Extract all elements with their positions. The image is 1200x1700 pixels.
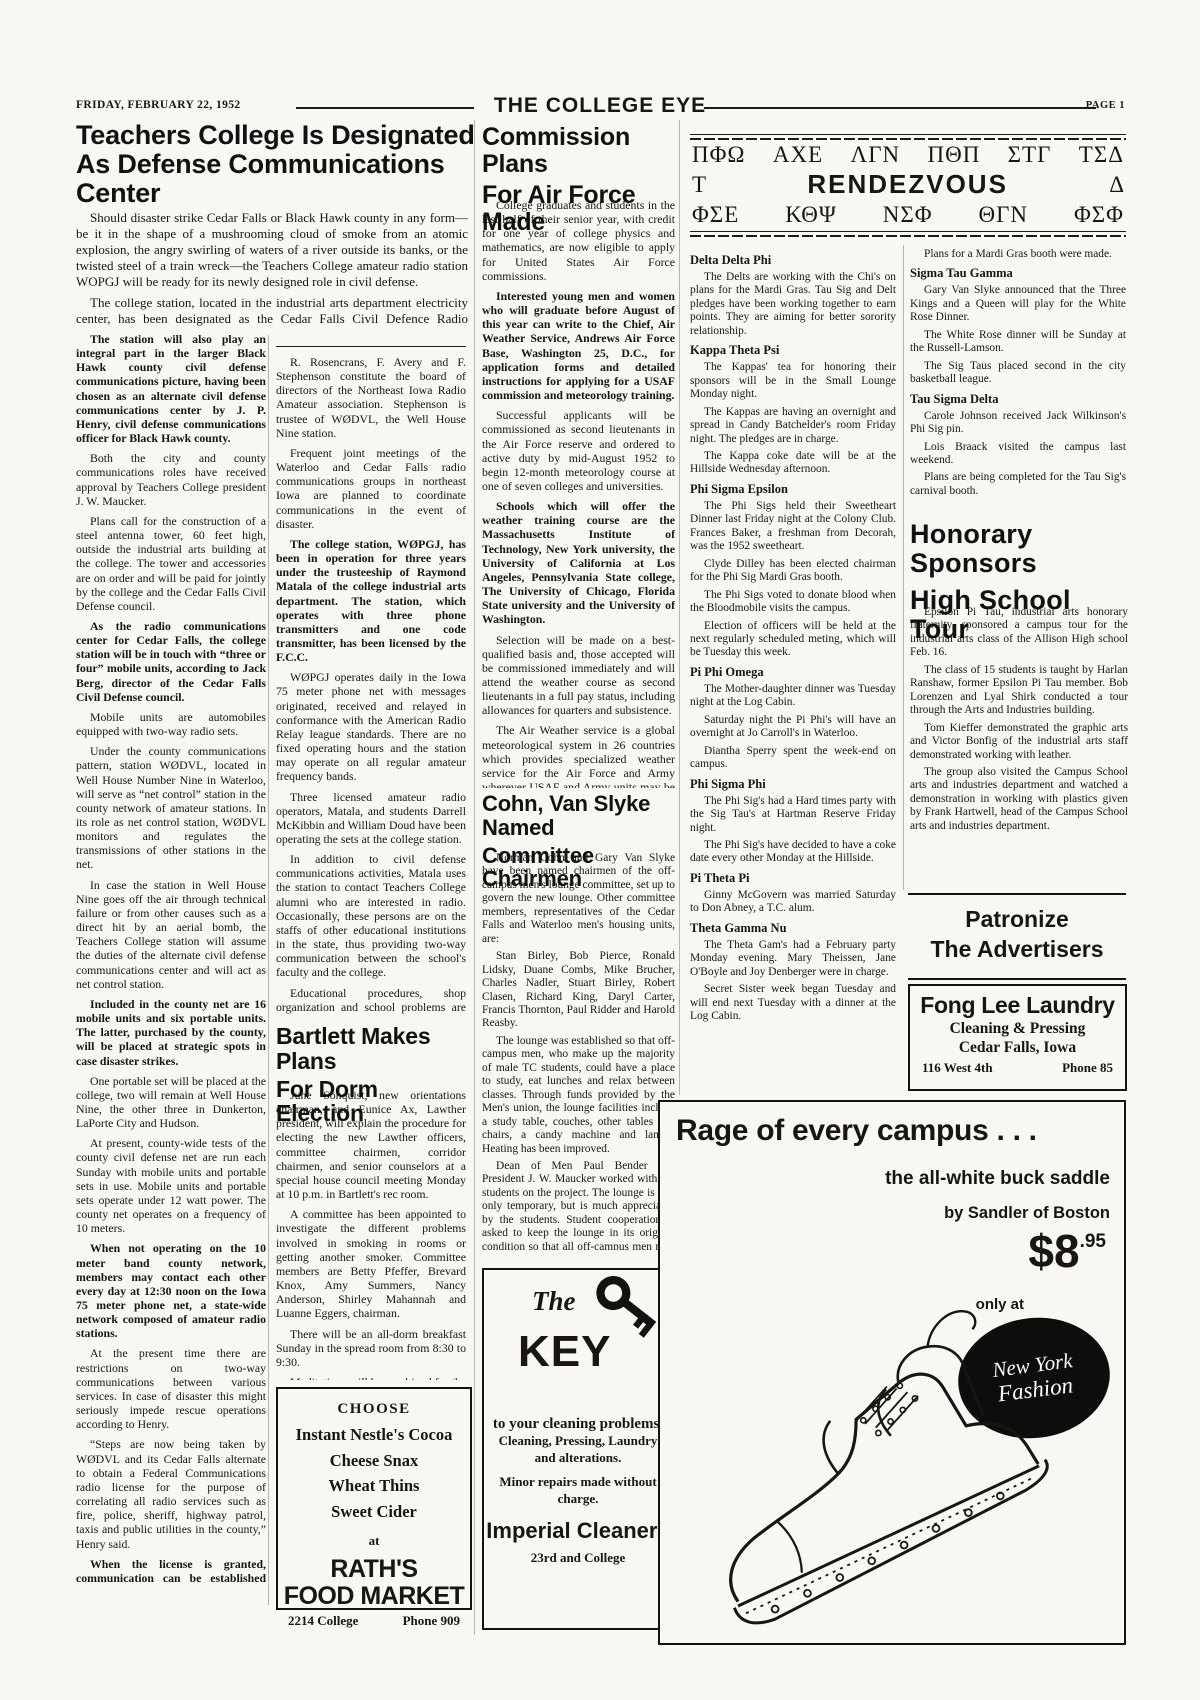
header-rule-right [704, 107, 1096, 109]
paragraph: Epsilon Pi Tau, industrial arts honorary… [910, 606, 1128, 660]
section-subhead: Phi Sigma Phi [690, 777, 896, 792]
paragraph: Secret Sister week began Tuesday and wil… [690, 983, 896, 1023]
ad-raths-food-market: CHOOSE Instant Nestle's CocoaCheese Snax… [276, 1387, 472, 1610]
ad-raths-at: at [278, 1533, 470, 1549]
paragraph: ΑΧΕ [773, 142, 823, 167]
paragraph: Lois Braack visited the campus last week… [910, 441, 1126, 468]
article-bartlett-body: June Sonquist, new orientations chairman… [276, 1088, 466, 1380]
ad-fong-name: Fong Lee Laundry [910, 992, 1125, 1019]
paragraph: Sweet Cider [278, 1499, 470, 1525]
ad-raths-items: Instant Nestle's CocoaCheese SnaxWheat T… [278, 1422, 470, 1524]
patronize-line: The Advertisers [908, 935, 1126, 965]
paragraph: Educational procedures, shop organizatio… [276, 986, 466, 1014]
paragraph: In addition to civil defense communicati… [276, 852, 466, 979]
paragraph: Schools which will offer the weather tra… [482, 499, 675, 626]
ad-key-word: KEY [518, 1332, 611, 1372]
paragraph: The Phi Sig's had a Hard times party wit… [690, 795, 896, 835]
paragraph: The Air Weather service is a global mete… [482, 723, 675, 788]
column-rule [679, 120, 680, 1095]
paragraph: The college station, located in the indu… [76, 295, 468, 328]
paragraph: Interested young men and women who will … [482, 289, 675, 402]
ad-raths-name-line: FOOD MARKET [278, 1583, 470, 1609]
ad-fong-line1: Cleaning & Pressing [910, 1019, 1125, 1038]
ornamental-rule [690, 231, 1126, 237]
ad-key-the: The [532, 1286, 576, 1317]
article-defense-headline: Teachers College Is Designated As Defens… [76, 121, 476, 208]
ad-fong-phone: Phone 85 [1062, 1060, 1113, 1076]
masthead-title: THE COLLEGE EYE [0, 94, 1200, 118]
paragraph: ΦΣΦ [1074, 202, 1124, 227]
ad-raths-name-line: RATH'S [278, 1556, 470, 1582]
paragraph: Election of officers will be held at the… [690, 620, 896, 660]
paragraph: The White Rose dinner will be Sunday at … [910, 329, 1126, 356]
headline-line: Bartlett Makes Plans [276, 1024, 471, 1074]
paragraph: Plans for a Mardi Gras booth were made. [910, 248, 1126, 261]
paragraph: R. Rosencrans, F. Avery and F. Stephenso… [276, 355, 466, 440]
newspaper-page: FRIDAY, FEBRUARY 22, 1952 THE COLLEGE EY… [0, 0, 1200, 1700]
section-subhead: Theta Gamma Nu [690, 921, 896, 936]
paragraph: ΠΘΠ [927, 142, 980, 167]
paragraph: Should disaster strike Cedar Falls or Bl… [76, 210, 468, 291]
paragraph: Plans call for the construction of a ste… [76, 514, 266, 613]
paragraph: The Sig Taus placed second in the city b… [910, 360, 1126, 387]
ad-key-line3b: charge. [484, 1491, 672, 1508]
paragraph: The Kappas are having an overnight and s… [690, 406, 896, 446]
paragraph: Saturday night the Pi Phi's will have an… [690, 714, 896, 741]
paragraph: Gary Van Slyke announced that the Three … [910, 284, 1126, 324]
rendezvous-col-left: Delta Delta PhiThe Delts are working wit… [690, 248, 896, 1098]
paragraph: A committee has been appointed to invest… [276, 1207, 466, 1320]
article-defense-col-a: The station will also play an integral p… [76, 332, 266, 1587]
headline-line: As Defense Communications Center [76, 150, 476, 208]
column-rule [474, 120, 475, 1635]
ad-key-line2b: and alterations. [484, 1450, 672, 1467]
paragraph: Frequent joint meetings of the Waterloo … [276, 446, 466, 531]
ad-fong-contact: 116 West 4th Phone 85 [910, 1058, 1125, 1076]
ad-key-line3a: Minor repairs made without [484, 1474, 672, 1491]
ad-key-line1: to your cleaning problems. [484, 1416, 672, 1433]
paragraph: Plans are being completed for the Tau Si… [910, 471, 1126, 498]
paragraph: As the radio communications center for C… [76, 619, 266, 704]
ad-raths-phone: Phone 909 [403, 1613, 460, 1629]
paragraph: One portable set will be placed at the c… [76, 1074, 266, 1131]
column-rule [268, 335, 269, 1605]
rendezvous-col-right: Plans for a Mardi Gras booth were made.S… [910, 248, 1126, 516]
headline-line: Cohn, Van Slyke Named [482, 792, 682, 840]
page-number: PAGE 1 [1086, 100, 1125, 111]
rendezvous-left-letter: T [692, 172, 706, 198]
paragraph: ΝΣΦ [883, 202, 933, 227]
paragraph: In case the station in Well House Nine g… [76, 878, 266, 991]
paragraph: The class of 15 students is taught by Ha… [910, 664, 1128, 718]
ad-saddle-shoe: Rage of every campus . . . the all-white… [658, 1100, 1126, 1645]
rendezvous-right-letter: Δ [1109, 172, 1124, 198]
saddle-shoe-illustration [662, 1250, 1104, 1642]
paragraph: ΤΣΔ [1079, 142, 1124, 167]
rendezvous-title-row: T RENDEZVOUS Δ [692, 169, 1124, 200]
paragraph: The Delts are working with the Chi's on … [690, 271, 896, 338]
headline-line: Teachers College Is Designated [76, 121, 476, 150]
ad-raths-contact: 2214 College Phone 909 [278, 1609, 470, 1629]
article-defense-col-b: R. Rosencrans, F. Avery and F. Stephenso… [276, 346, 466, 1014]
paragraph: ΘΓΝ [978, 202, 1028, 227]
section-subhead: Tau Sigma Delta [910, 392, 1126, 407]
article-honorary-body: Epsilon Pi Tau, industrial arts honorary… [910, 606, 1128, 890]
paragraph: Wheat Thins [278, 1473, 470, 1499]
ad-fong-address: 116 West 4th [922, 1060, 993, 1076]
paragraph: Carole Johnson received Jack Wilkinson's… [910, 410, 1126, 437]
paragraph: The Theta Gam's had a February party Mon… [690, 939, 896, 979]
rendezvous-greek-top: ΠΦΩΑΧΕΛΓΝΠΘΠΣΤΓΤΣΔ [692, 142, 1124, 167]
rendezvous-greek-bottom: ΦΣΕΚΘΨΝΣΦΘΓΝΦΣΦ [692, 202, 1124, 227]
paragraph: WØPGJ operates daily in the Iowa 75 mete… [276, 670, 466, 783]
ad-key-line2a: Cleaning, Pressing, Laundry [484, 1433, 672, 1450]
paragraph: ΚΘΨ [785, 202, 837, 227]
paragraph: Mobile units are automobiles equipped wi… [76, 710, 266, 738]
article-defense-lead: Should disaster strike Cedar Falls or Bl… [76, 210, 468, 328]
paragraph: Norman Cohn and Gary Van Slyke have been… [482, 852, 675, 946]
paragraph: When the license is granted, communicati… [76, 1557, 266, 1587]
paragraph: ΛΓΝ [851, 142, 901, 167]
paragraph: The Kappas' tea for honoring their spons… [690, 361, 896, 401]
paragraph: Successful applicants will be commission… [482, 408, 675, 493]
paragraph: ΣΤΓ [1008, 142, 1052, 167]
paragraph: Diantha Sperry spent the week-end on cam… [690, 745, 896, 772]
paragraph: Instant Nestle's Cocoa [278, 1422, 470, 1448]
ad-key-art: The KEY [484, 1270, 672, 1410]
paragraph: There will be an all-dorm breakfast Sund… [276, 1327, 466, 1369]
paragraph: The Phi Sigs held their Sweetheart Dinne… [690, 500, 896, 554]
paragraph: Ginny McGovern was married Saturday to D… [690, 889, 896, 916]
ad-shoe-subline1: the all-white buck saddle [885, 1168, 1110, 1190]
paragraph: ΦΣΕ [692, 202, 739, 227]
paragraph: The station will also play an integral p… [76, 332, 266, 445]
ad-fong-lee-laundry: Fong Lee Laundry Cleaning & Pressing Ced… [908, 984, 1127, 1091]
section-subhead: Kappa Theta Psi [690, 343, 896, 358]
ad-shoe-headline: Rage of every campus . . . [676, 1114, 1037, 1148]
article-cohn-body: Norman Cohn and Gary Van Slyke have been… [482, 852, 675, 1250]
section-subhead: Sigma Tau Gamma [910, 266, 1126, 281]
paragraph: The college station, WØPGJ, has been in … [276, 537, 466, 664]
paragraph: The group also visited the Campus School… [910, 766, 1128, 833]
ornamental-rule [690, 134, 1126, 140]
paragraph: Cheese Snax [278, 1448, 470, 1474]
rendezvous-header: ΠΦΩΑΧΕΛΓΝΠΘΠΣΤΓΤΣΔ T RENDEZVOUS Δ ΦΣΕΚΘΨ… [690, 134, 1126, 237]
ad-choose-label: CHOOSE [278, 1401, 470, 1418]
price-cents: .95 [1080, 1231, 1106, 1252]
paragraph: Meditations will be combined for the who… [276, 1375, 466, 1380]
ad-shoe-subline2: by Sandler of Boston [944, 1204, 1110, 1223]
ad-raths-address: 2214 College [288, 1613, 358, 1629]
paragraph: The lounge was established so that off-c… [482, 1035, 675, 1156]
patronize-line: Patronize [908, 905, 1126, 935]
rendezvous-title: RENDEZVOUS [807, 169, 1008, 200]
section-subhead: Pi Theta Pi [690, 871, 896, 886]
paragraph: Dean of Men Paul Bender and President J.… [482, 1160, 675, 1250]
paragraph: Included in the county net are 16 mobile… [76, 997, 266, 1068]
paragraph: When not operating on the 10 meter band … [76, 1241, 266, 1340]
ad-imperial-cleaners: The KEY to your cleaning problems. Clean… [482, 1268, 674, 1630]
paragraph: Stan Birley, Bob Pierce, Ronald Lidsky, … [482, 950, 675, 1031]
paragraph: Under the county communications pattern,… [76, 744, 266, 871]
section-subhead: Phi Sigma Epsilon [690, 482, 896, 497]
paragraph: At present, county-wide tests of the cou… [76, 1136, 266, 1235]
paragraph: College graduates and students in the la… [482, 198, 675, 283]
article-commission-body: College graduates and students in the la… [482, 198, 675, 788]
ad-key-name: Imperial Cleaners [484, 1518, 672, 1544]
ad-fong-line2: Cedar Falls, Iowa [910, 1038, 1125, 1057]
section-subhead: Delta Delta Phi [690, 253, 896, 268]
headline-line: Honorary Sponsors [910, 520, 1130, 578]
paragraph: “Steps are now being taken by WØDVL and … [76, 1437, 266, 1550]
ad-key-address: 23rd and College [484, 1550, 672, 1566]
paragraph: At the present time there are restrictio… [76, 1346, 266, 1431]
patronize-notice: Patronize The Advertisers [908, 893, 1126, 980]
paragraph: The Kappa coke date will be at the Hills… [690, 450, 896, 477]
paragraph: Tom Kieffer demonstrated the graphic art… [910, 722, 1128, 762]
paragraph: The Phi Sigs voted to donate blood when … [690, 589, 896, 616]
paragraph: The Phi Sig's have decided to have a cok… [690, 839, 896, 866]
paragraph: The Mother-daughter dinner was Tuesday n… [690, 683, 896, 710]
paragraph: Clyde Dilley has been elected chairman f… [690, 558, 896, 585]
paragraph: Selection will be made on a best-qualifi… [482, 633, 675, 718]
paragraph: ΠΦΩ [692, 142, 746, 167]
section-subhead: Pi Phi Omega [690, 665, 896, 680]
paragraph: Both the city and county communications … [76, 451, 266, 508]
paragraph: June Sonquist, new orientations chairman… [276, 1088, 466, 1201]
column-rule [903, 245, 904, 890]
ad-raths-name: RATH'S FOOD MARKET [278, 1556, 470, 1609]
paragraph: Three licensed amateur radio operators, … [276, 790, 466, 847]
headline-line: Commission Plans [482, 124, 682, 178]
